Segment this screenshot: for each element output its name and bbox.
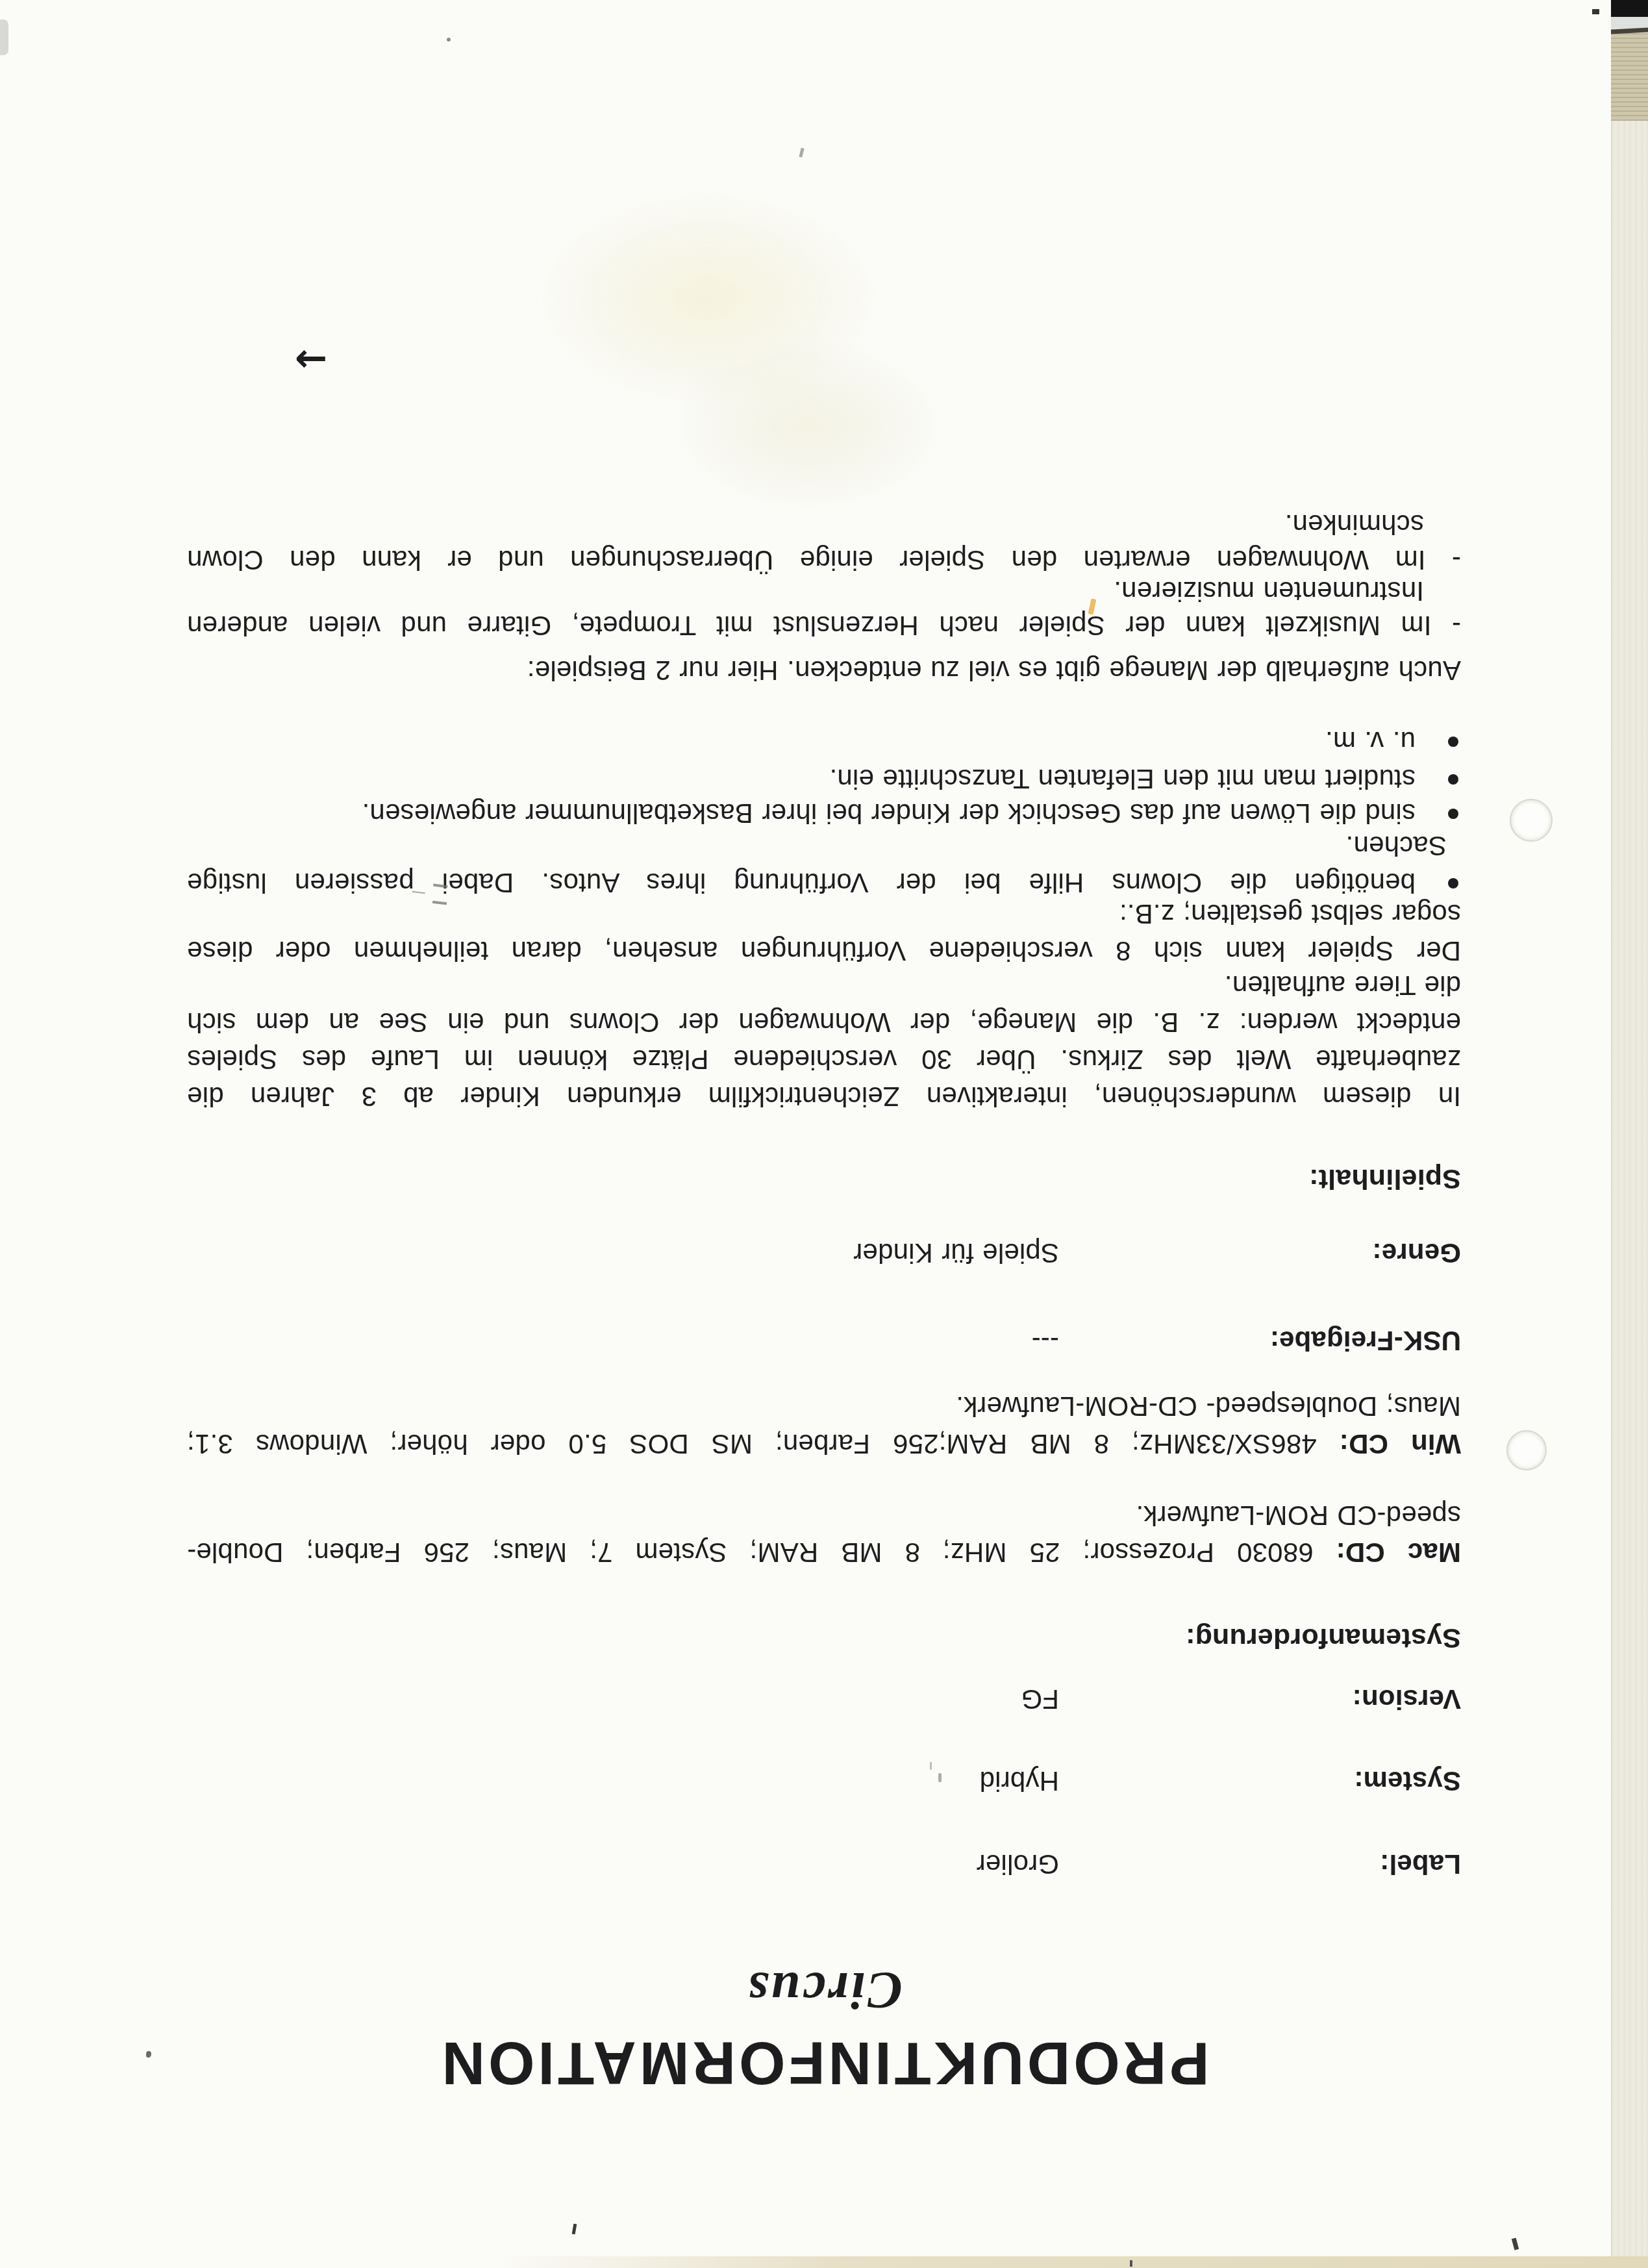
win-cd-label: Win CD:	[1340, 1429, 1461, 1459]
intro-paragraph-line: zauberhafte Welt des Zirkus. Über 30 ver…	[187, 1042, 1461, 1076]
mac-cd-label: Mac CD:	[1336, 1537, 1461, 1568]
label-row-value: Grolier	[187, 1847, 1059, 1881]
page-subtitle: Circus	[0, 1964, 1648, 2016]
edge-mark	[0, 19, 8, 55]
bullet-item-clowns-cont: Sachen.	[173, 829, 1447, 863]
bullet-icon	[1448, 774, 1458, 785]
mac-requirements-line-1: Mac CD: 68030 Prozessor; 25 MHz; 8 MB RA…	[187, 1535, 1461, 1569]
mac-requirements-line-2: speed-CD ROM-Laufwerk.	[187, 1498, 1461, 1532]
shows-paragraph-line: Der Spieler kann sich 8 verschiedene Vor…	[187, 934, 1461, 968]
win-requirements-line-1: Win CD: 486SX/33MHz; 8 MB RAM;256 Farben…	[187, 1427, 1461, 1461]
game-content-heading: Spielinhalt:	[187, 1162, 1461, 1196]
music-tent-line-1: - Im Musikzelt kann der Spieler nach Her…	[187, 609, 1461, 642]
arrow-icon: →	[295, 340, 327, 379]
scanner-edge-band	[1611, 17, 1648, 29]
version-row-value: FG	[187, 1682, 1059, 1716]
bullet-item-clowns: benötigen die Clowns Hilfe bei der Vorfü…	[187, 866, 1416, 900]
scanned-page: PRODUKTINFORMATION Circus Label: Grolier…	[0, 0, 1648, 2268]
genre-row-value: Spiele für Kinder	[187, 1236, 1059, 1270]
outside-ring-line: Auch außerhalb der Manege gibt es viel z…	[187, 653, 1461, 687]
intro-paragraph-line: entdeckt werden: z. B. die Manege, der W…	[187, 1005, 1461, 1039]
scanner-corner-mark	[1611, 0, 1648, 17]
bullet-item-lions: sind die Löwen auf das Geschick der Kind…	[187, 796, 1416, 830]
stray-mark	[938, 1773, 942, 1782]
win-requirements-line-2: Maus; Doublespeed- CD-ROM-Laufwerk.	[187, 1389, 1461, 1423]
bullet-icon	[1448, 878, 1458, 888]
bullet-icon	[1448, 809, 1458, 819]
dust-speck	[1592, 9, 1599, 14]
dust-speck	[447, 38, 451, 42]
scanner-edge-strip	[1611, 0, 1648, 2268]
paper-smudge	[669, 338, 948, 513]
punch-hole	[1506, 1430, 1547, 1470]
usk-row-value: ---	[187, 1324, 1059, 1357]
caravan-line-1: - Im Wohnwagen erwarten den Spieler eini…	[187, 543, 1461, 577]
shows-paragraph-line: sogar selbst gestalten; z.B.:	[187, 897, 1461, 931]
intro-paragraph-line: In diesem wunderschönen, interaktiven Ze…	[187, 1079, 1461, 1113]
scanner-edge-texture	[1611, 33, 1648, 121]
bullet-item-more: u. v. m.	[187, 724, 1416, 758]
music-tent-line-2: Instrumenten musizieren.	[187, 574, 1424, 608]
system-requirements-heading: Systemanforderung:	[187, 1621, 1461, 1655]
system-row-value: Hybrid	[187, 1764, 1059, 1798]
bullet-item-elephants: studiert man mit den Elefanten Tanzschri…	[187, 762, 1416, 796]
intro-paragraph-line: die Tiere aufhalten.	[187, 968, 1461, 1002]
bottom-edge-shadow	[493, 2256, 1648, 2268]
dust-speck	[1130, 2260, 1132, 2267]
bullet-icon	[1448, 737, 1458, 747]
page-title: PRODUKTINFORMATION	[0, 2033, 1648, 2093]
punch-hole	[1510, 799, 1553, 842]
